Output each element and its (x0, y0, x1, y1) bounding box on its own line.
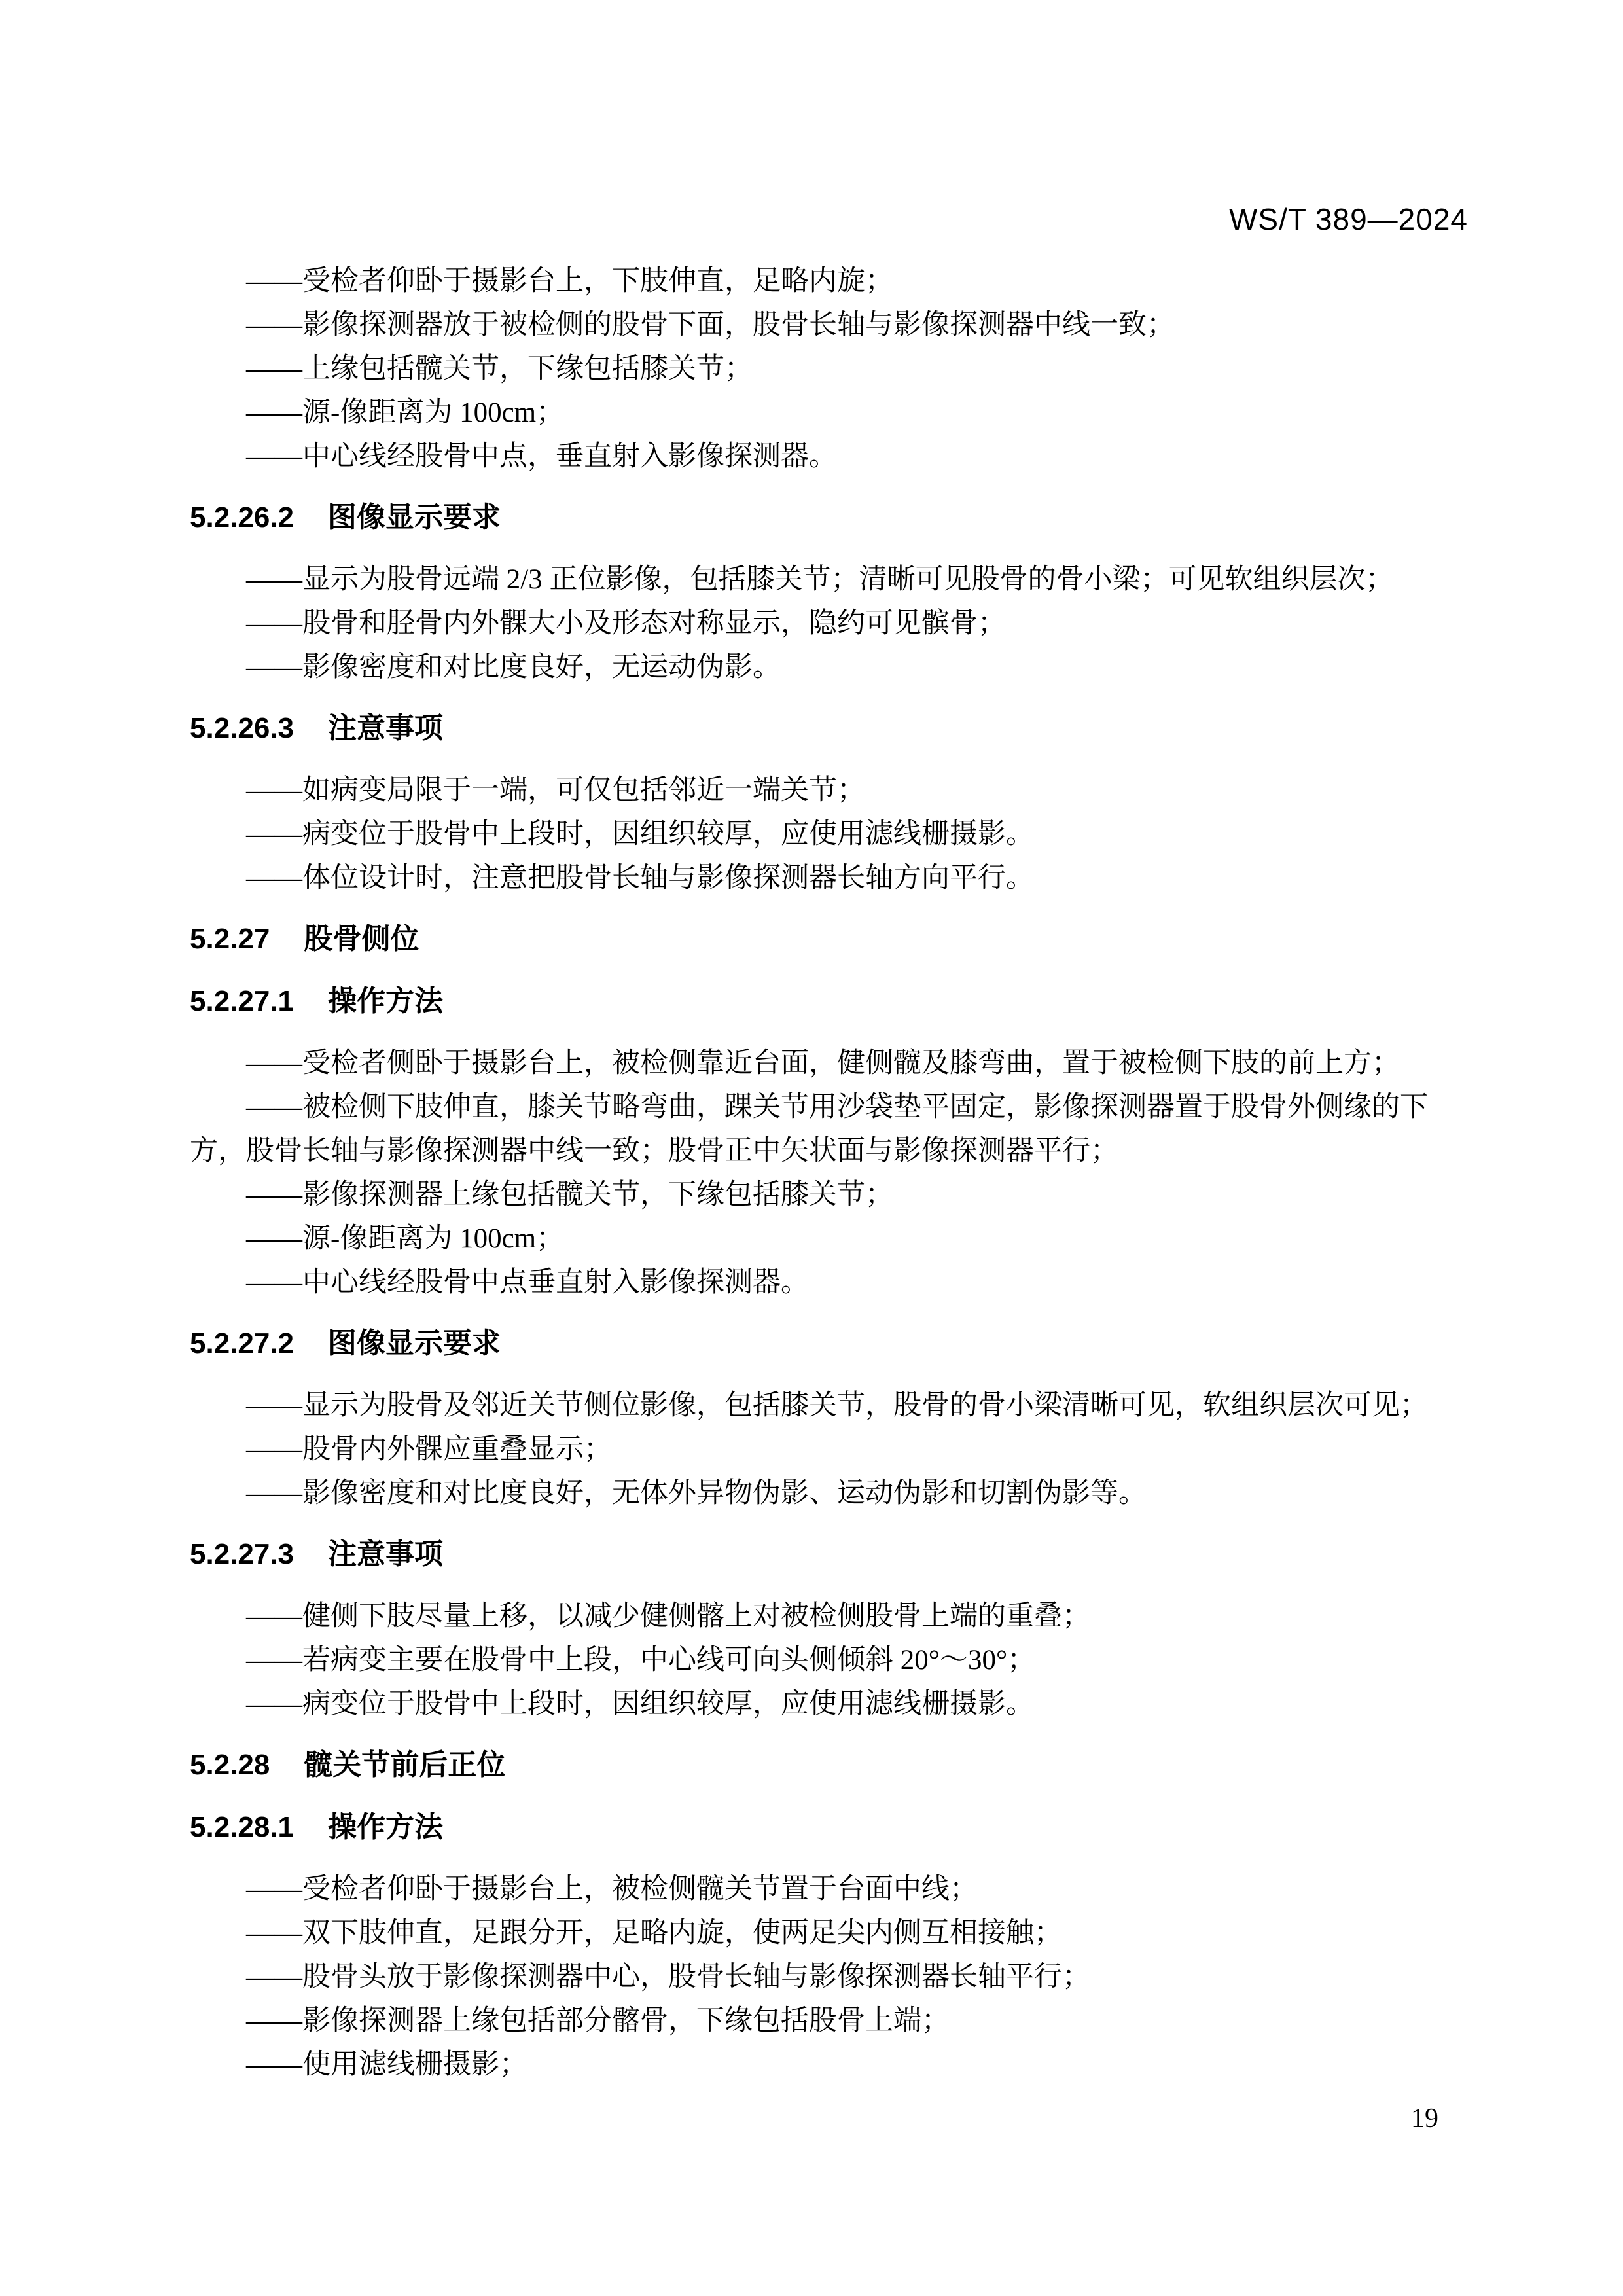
em-dash: —— (246, 1689, 302, 1719)
em-dash: —— (246, 652, 302, 683)
list-item-text: 受检者仰卧于摄影台上，被检侧髋关节置于台面中线； (302, 1874, 978, 1905)
list-item-text: 受检者侧卧于摄影台上，被检侧靠近台面，健侧髋及膝弯曲，置于被检侧下肢的前上方； (302, 1048, 1400, 1079)
em-dash: —— (246, 1092, 302, 1122)
section-title: 注意事项 (328, 1538, 443, 1570)
list-item-text: 中心线经股骨中点，垂直射入影像探测器。 (302, 441, 837, 472)
list-item-text: 上缘包括髋关节，下缘包括膝关节； (302, 353, 753, 384)
em-dash: —— (246, 1645, 302, 1676)
list-item: ——受检者仰卧于摄影台上，下肢伸直，足略内旋； (190, 259, 1433, 303)
em-dash: —— (246, 441, 302, 472)
list-item: ——受检者仰卧于摄影台上，被检侧髋关节置于台面中线； (190, 1867, 1433, 1911)
list-item-text: 影像探测器上缘包括部分髂骨，下缘包括股骨上端； (302, 2005, 950, 2036)
em-dash: —— (246, 1874, 302, 1905)
em-dash: —— (246, 1478, 302, 1509)
section-title: 图像显示要求 (328, 1327, 501, 1359)
em-dash: —— (246, 1962, 302, 1992)
section-number: 5.2.26.3 (190, 706, 294, 750)
list-item: ——影像密度和对比度良好，无运动伪影。 (190, 645, 1433, 689)
list-item-text: 使用滤线栅摄影； (302, 2049, 527, 2080)
list-item: ——被检侧下肢伸直，膝关节略弯曲，踝关节用沙袋垫平固定，影像探测器置于股骨外侧缘… (190, 1085, 1433, 1173)
list-item-text: 源-像距离为 100cm； (302, 1223, 564, 1254)
em-dash: —— (246, 2005, 302, 2036)
em-dash: —— (246, 775, 302, 806)
list-item: ——影像探测器上缘包括髋关节，下缘包括膝关节； (190, 1173, 1433, 1217)
section-title: 图像显示要求 (328, 501, 501, 533)
em-dash: —— (246, 1390, 302, 1421)
section-number: 5.2.27.3 (190, 1532, 294, 1576)
em-dash: —— (246, 310, 302, 340)
list-item: ——股骨内外髁应重叠显示； (190, 1427, 1433, 1471)
list-item: ——股骨头放于影像探测器中心，股骨长轴与影像探测器长轴平行； (190, 1955, 1433, 1999)
list-item-text: 股骨头放于影像探测器中心，股骨长轴与影像探测器长轴平行； (302, 1962, 1090, 1992)
section-number: 5.2.27.2 (190, 1321, 294, 1365)
list-item: ——中心线经股骨中点，垂直射入影像探测器。 (190, 435, 1433, 478)
list-item: ——受检者侧卧于摄影台上，被检侧靠近台面，健侧髋及膝弯曲，置于被检侧下肢的前上方… (190, 1041, 1433, 1085)
list-item-text: 体位设计时，注意把股骨长轴与影像探测器长轴方向平行。 (302, 863, 1034, 893)
section-number: 5.2.28.1 (190, 1805, 294, 1849)
section-title: 髋关节前后正位 (304, 1749, 505, 1781)
list-item: ——源-像距离为 100cm； (190, 391, 1433, 435)
em-dash: —— (246, 1267, 302, 1298)
em-dash: —— (246, 266, 302, 296)
document-content: ——受检者仰卧于摄影台上，下肢伸直，足略内旋；——影像探测器放于被检侧的股骨下面… (190, 259, 1433, 2087)
section-title: 操作方法 (328, 985, 443, 1017)
em-dash: —— (246, 819, 302, 850)
section-heading: 5.2.27.2图像显示要求 (190, 1321, 1433, 1365)
list-item-text: 源-像距离为 100cm； (302, 397, 564, 428)
list-item-text: 影像探测器放于被检侧的股骨下面，股骨长轴与影像探测器中线一致； (302, 310, 1175, 340)
em-dash: —— (246, 353, 302, 384)
em-dash: —— (246, 1918, 302, 1948)
list-item: ——源-像距离为 100cm； (190, 1217, 1433, 1261)
scanned-standard-document: { "document": { "header": "WS/T 389—2024… (0, 0, 1623, 2296)
section-number: 5.2.26.2 (190, 495, 294, 539)
list-item: ——若病变主要在股骨中上段，中心线可向头侧倾斜 20°～30°； (190, 1638, 1433, 1682)
section-heading: 5.2.27.1操作方法 (190, 979, 1433, 1023)
list-item-text: 双下肢伸直，足跟分开，足略内旋，使两足尖内侧互相接触； (302, 1918, 1062, 1948)
section-heading: 5.2.27股骨侧位 (190, 917, 1433, 961)
list-item: ——上缘包括髋关节，下缘包括膝关节； (190, 347, 1433, 391)
list-item-text: 影像探测器上缘包括髋关节，下缘包括膝关节； (302, 1179, 893, 1210)
section-heading: 5.2.28.1操作方法 (190, 1805, 1433, 1849)
list-item: ——显示为股骨远端 2/3 正位影像，包括膝关节；清晰可见股骨的骨小梁；可见软组… (190, 558, 1433, 601)
section-heading: 5.2.26.2图像显示要求 (190, 495, 1433, 539)
section-title: 操作方法 (328, 1811, 443, 1843)
list-item-text: 若病变主要在股骨中上段，中心线可向头侧倾斜 20°～30°； (302, 1645, 1035, 1676)
document-page: WS/T 389—2024 ——受检者仰卧于摄影台上，下肢伸直，足略内旋；——影… (0, 0, 1623, 2296)
em-dash: —— (246, 1179, 302, 1210)
em-dash: —— (246, 1223, 302, 1254)
page-number: 19 (1411, 2102, 1438, 2135)
em-dash: —— (246, 564, 302, 595)
list-item: ——显示为股骨及邻近关节侧位影像，包括膝关节，股骨的骨小梁清晰可见，软组织层次可… (190, 1384, 1433, 1427)
section-number: 5.2.27 (190, 917, 270, 961)
list-item: ——健侧下肢尽量上移，以减少健侧髂上对被检侧股骨上端的重叠； (190, 1594, 1433, 1638)
list-item-text: 被检侧下肢伸直，膝关节略弯曲，踝关节用沙袋垫平固定，影像探测器置于股骨外侧缘的下… (190, 1092, 1428, 1166)
list-item-text: 受检者仰卧于摄影台上，下肢伸直，足略内旋； (302, 266, 893, 296)
list-item-text: 健侧下肢尽量上移，以减少健侧髂上对被检侧股骨上端的重叠； (302, 1601, 1090, 1632)
list-item-text: 影像密度和对比度良好，无体外异物伪影、运动伪影和切割伪影等。 (302, 1478, 1147, 1509)
list-item: ——如病变局限于一端，可仅包括邻近一端关节； (190, 768, 1433, 812)
list-item: ——影像探测器放于被检侧的股骨下面，股骨长轴与影像探测器中线一致； (190, 303, 1433, 347)
section-title: 股骨侧位 (304, 923, 419, 955)
list-item: ——使用滤线栅摄影； (190, 2043, 1433, 2087)
list-item-text: 病变位于股骨中上段时，因组织较厚，应使用滤线栅摄影。 (302, 819, 1034, 850)
list-item-text: 显示为股骨远端 2/3 正位影像，包括膝关节；清晰可见股骨的骨小梁；可见软组织层… (302, 564, 1393, 595)
list-item: ——影像探测器上缘包括部分髂骨，下缘包括股骨上端； (190, 1999, 1433, 2043)
list-item-text: 病变位于股骨中上段时，因组织较厚，应使用滤线栅摄影。 (302, 1689, 1034, 1719)
section-heading: 5.2.26.3注意事项 (190, 706, 1433, 750)
section-number: 5.2.27.1 (190, 979, 294, 1023)
em-dash: —— (246, 863, 302, 893)
em-dash: —— (246, 1048, 302, 1079)
list-item-text: 如病变局限于一端，可仅包括邻近一端关节； (302, 775, 865, 806)
list-item-text: 显示为股骨及邻近关节侧位影像，包括膝关节，股骨的骨小梁清晰可见，软组织层次可见； (302, 1390, 1428, 1421)
list-item-text: 中心线经股骨中点垂直射入影像探测器。 (302, 1267, 809, 1298)
list-item: ——体位设计时，注意把股骨长轴与影像探测器长轴方向平行。 (190, 856, 1433, 900)
list-item-text: 影像密度和对比度良好，无运动伪影。 (302, 652, 781, 683)
em-dash: —— (246, 1601, 302, 1632)
section-heading: 5.2.27.3注意事项 (190, 1532, 1433, 1576)
em-dash: —— (246, 397, 302, 428)
list-item: ——双下肢伸直，足跟分开，足略内旋，使两足尖内侧互相接触； (190, 1911, 1433, 1955)
em-dash: —— (246, 1434, 302, 1465)
list-item: ——病变位于股骨中上段时，因组织较厚，应使用滤线栅摄影。 (190, 1682, 1433, 1726)
em-dash: —— (246, 608, 302, 639)
document-header-standard-number: WS/T 389—2024 (1229, 198, 1468, 242)
list-item-text: 股骨内外髁应重叠显示； (302, 1434, 612, 1465)
section-title: 注意事项 (328, 712, 443, 744)
list-item: ——影像密度和对比度良好，无体外异物伪影、运动伪影和切割伪影等。 (190, 1471, 1433, 1515)
section-heading: 5.2.28髋关节前后正位 (190, 1743, 1433, 1787)
list-item-text: 股骨和胫骨内外髁大小及形态对称显示，隐约可见髌骨； (302, 608, 1006, 639)
em-dash: —— (246, 2049, 302, 2080)
list-item: ——病变位于股骨中上段时，因组织较厚，应使用滤线栅摄影。 (190, 812, 1433, 856)
list-item: ——股骨和胫骨内外髁大小及形态对称显示，隐约可见髌骨； (190, 601, 1433, 645)
list-item: ——中心线经股骨中点垂直射入影像探测器。 (190, 1261, 1433, 1304)
section-number: 5.2.28 (190, 1743, 270, 1787)
